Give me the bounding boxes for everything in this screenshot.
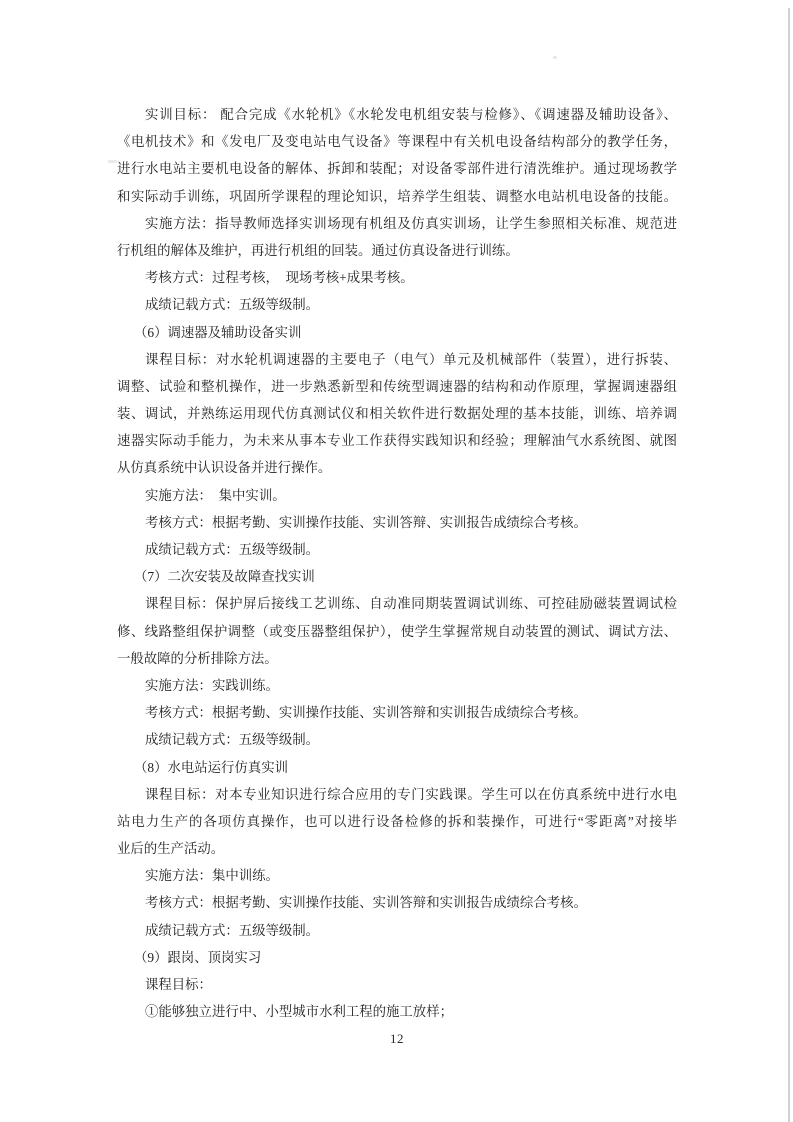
text-line: 考核方式：过程考核， 现场考核+成果考核。 (117, 264, 677, 291)
text-line: 成绩记载方式：五级等级制。 (117, 291, 677, 318)
section-heading-6: （6）调速器及辅助设备实训 (117, 319, 677, 346)
paragraph-assessment: 考核方式：过程考核， 现场考核+成果考核。 (117, 264, 677, 291)
text-line: 实训目标： 配合完成《水轮机》《水轮发电机组安装与检修》、《调速器及辅助设备》、 (117, 101, 677, 128)
heading-line: （7）二次安装及故障查找实训 (117, 563, 677, 590)
text-line: 行机组的解体及维护，再进行机组的回装。通过仿真设备进行训练。 (117, 237, 677, 264)
paragraph-objective-item-1: ①能够独立进行中、小型城市水利工程的施工放样； (117, 998, 677, 1025)
paragraph-implementation: 实施方法：指导教师选择实训场现有机组及仿真实训场，让学生参照相关标准、规范进 行… (117, 210, 677, 264)
text-line: 成绩记载方式：五级等级制。 (117, 917, 677, 944)
paragraph-grading: 成绩记载方式：五级等级制。 (117, 291, 677, 318)
text-line: 考核方式：根据考勤、实训操作技能、实训答辩和实训报告成绩综合考核。 (117, 889, 677, 916)
text-line: 实施方法：集中训练。 (117, 862, 677, 889)
paragraph-training-objective: 实训目标： 配合完成《水轮机》《水轮发电机组安装与检修》、《调速器及辅助设备》、… (117, 101, 677, 210)
text-line: 课程目标：保护屏后接线工艺训练、自动准同期装置调试训练、可控硅励磁装置调试检 (117, 590, 677, 617)
text-line: 成绩记载方式：五级等级制。 (117, 536, 677, 563)
text-line: 修、线路整组保护调整（或变压器整组保护），使学生掌握常规自动装置的测试、调试方法… (117, 618, 677, 645)
text-line: 实施方法：指导教师选择实训场现有机组及仿真实训场，让学生参照相关标准、规范进 (117, 210, 677, 237)
paragraph-implementation-8: 实施方法：集中训练。 (117, 862, 677, 889)
text-line: 课程目标： (117, 971, 677, 998)
document-page: 实训目标： 配合完成《水轮机》《水轮发电机组安装与检修》、《调速器及辅助设备》、… (0, 0, 793, 1122)
paragraph-implementation-7: 实施方法：实践训练。 (117, 672, 677, 699)
text-line: 《电机技术》和《发电厂及变电站电气设备》等课程中有关机电设备结构部分的教学任务， (117, 128, 677, 155)
text-line: 一般故障的分析排除方法。 (117, 645, 677, 672)
scan-artifact-mark (108, 160, 117, 163)
text-line: 课程目标：对本专业知识进行综合应用的专门实践课。学生可以在仿真系统中进行水电 (117, 781, 677, 808)
heading-line: （9）跟岗、顶岗实习 (117, 944, 677, 971)
text-line: 站电力生产的各项仿真操作，也可以进行设备检修的拆和装操作，可进行“零距离”对接毕 (117, 808, 677, 835)
scan-edge-line (788, 8, 790, 1122)
section-heading-8: （8）水电站运行仿真实训 (117, 754, 677, 781)
paragraph-course-objective-6: 课程目标：对水轮机调速器的主要电子（电气）单元及机械部件（装置），进行拆装、 调… (117, 346, 677, 482)
page-number: 12 (117, 1025, 677, 1052)
text-line: 速器实际动手能力，为未来从事本专业工作获得实践知识和经验；理解油气水系统图、就图 (117, 427, 677, 454)
text-line: 实施方法： 集中实训。 (117, 482, 677, 509)
paragraph-assessment-6: 考核方式：根据考勤、实训操作技能、实训答辩、实训报告成绩综合考核。 (117, 509, 677, 536)
text-line: ①能够独立进行中、小型城市水利工程的施工放样； (117, 998, 677, 1025)
section-heading-7: （7）二次安装及故障查找实训 (117, 563, 677, 590)
text-line: 调整、试验和整机操作，进一步熟悉新型和传统型调速器的结构和动作原理，掌握调速器组 (117, 373, 677, 400)
paragraph-course-objective-9: 课程目标： (117, 971, 677, 998)
text-line: 业后的生产活动。 (117, 835, 677, 862)
paragraph-grading-6: 成绩记载方式：五级等级制。 (117, 536, 677, 563)
paragraph-course-objective-8: 课程目标：对本专业知识进行综合应用的专门实践课。学生可以在仿真系统中进行水电 站… (117, 781, 677, 863)
text-line: 进行水电站主要机电设备的解体、拆卸和装配；对设备零部件进行清洗维护。通过现场教学 (117, 155, 677, 182)
paragraph-implementation-6: 实施方法： 集中实训。 (117, 482, 677, 509)
text-line: 实施方法：实践训练。 (117, 672, 677, 699)
text-line: 考核方式：根据考勤、实训操作技能、实训答辩、实训报告成绩综合考核。 (117, 509, 677, 536)
paragraph-grading-8: 成绩记载方式：五级等级制。 (117, 917, 677, 944)
section-heading-9: （9）跟岗、顶岗实习 (117, 944, 677, 971)
text-line: 装、调试，并熟练运用现代仿真测试仪和相关软件进行数据处理的基本技能，训练、培养调 (117, 400, 677, 427)
text-line: 从仿真系统中认识设备并进行操作。 (117, 454, 677, 481)
heading-line: （8）水电站运行仿真实训 (117, 754, 677, 781)
paragraph-course-objective-7: 课程目标：保护屏后接线工艺训练、自动准同期装置调试训练、可控硅励磁装置调试检 修… (117, 590, 677, 672)
heading-line: （6）调速器及辅助设备实训 (117, 319, 677, 346)
paragraph-assessment-8: 考核方式：根据考勤、实训操作技能、实训答辩和实训报告成绩综合考核。 (117, 889, 677, 916)
scan-artifact-dot (553, 56, 557, 59)
text-line: 考核方式：根据考勤、实训操作技能、实训答辩和实训报告成绩综合考核。 (117, 699, 677, 726)
text-line: 和实际动手训练，巩固所学课程的理论知识，培养学生组装、调整水电站机电设备的技能。 (117, 183, 677, 210)
page-body: 实训目标： 配合完成《水轮机》《水轮发电机组安装与检修》、《调速器及辅助设备》、… (117, 101, 677, 1053)
text-line: 成绩记载方式：五级等级制。 (117, 726, 677, 753)
text-line: 课程目标：对水轮机调速器的主要电子（电气）单元及机械部件（装置），进行拆装、 (117, 346, 677, 373)
paragraph-assessment-7: 考核方式：根据考勤、实训操作技能、实训答辩和实训报告成绩综合考核。 (117, 699, 677, 726)
paragraph-grading-7: 成绩记载方式：五级等级制。 (117, 726, 677, 753)
